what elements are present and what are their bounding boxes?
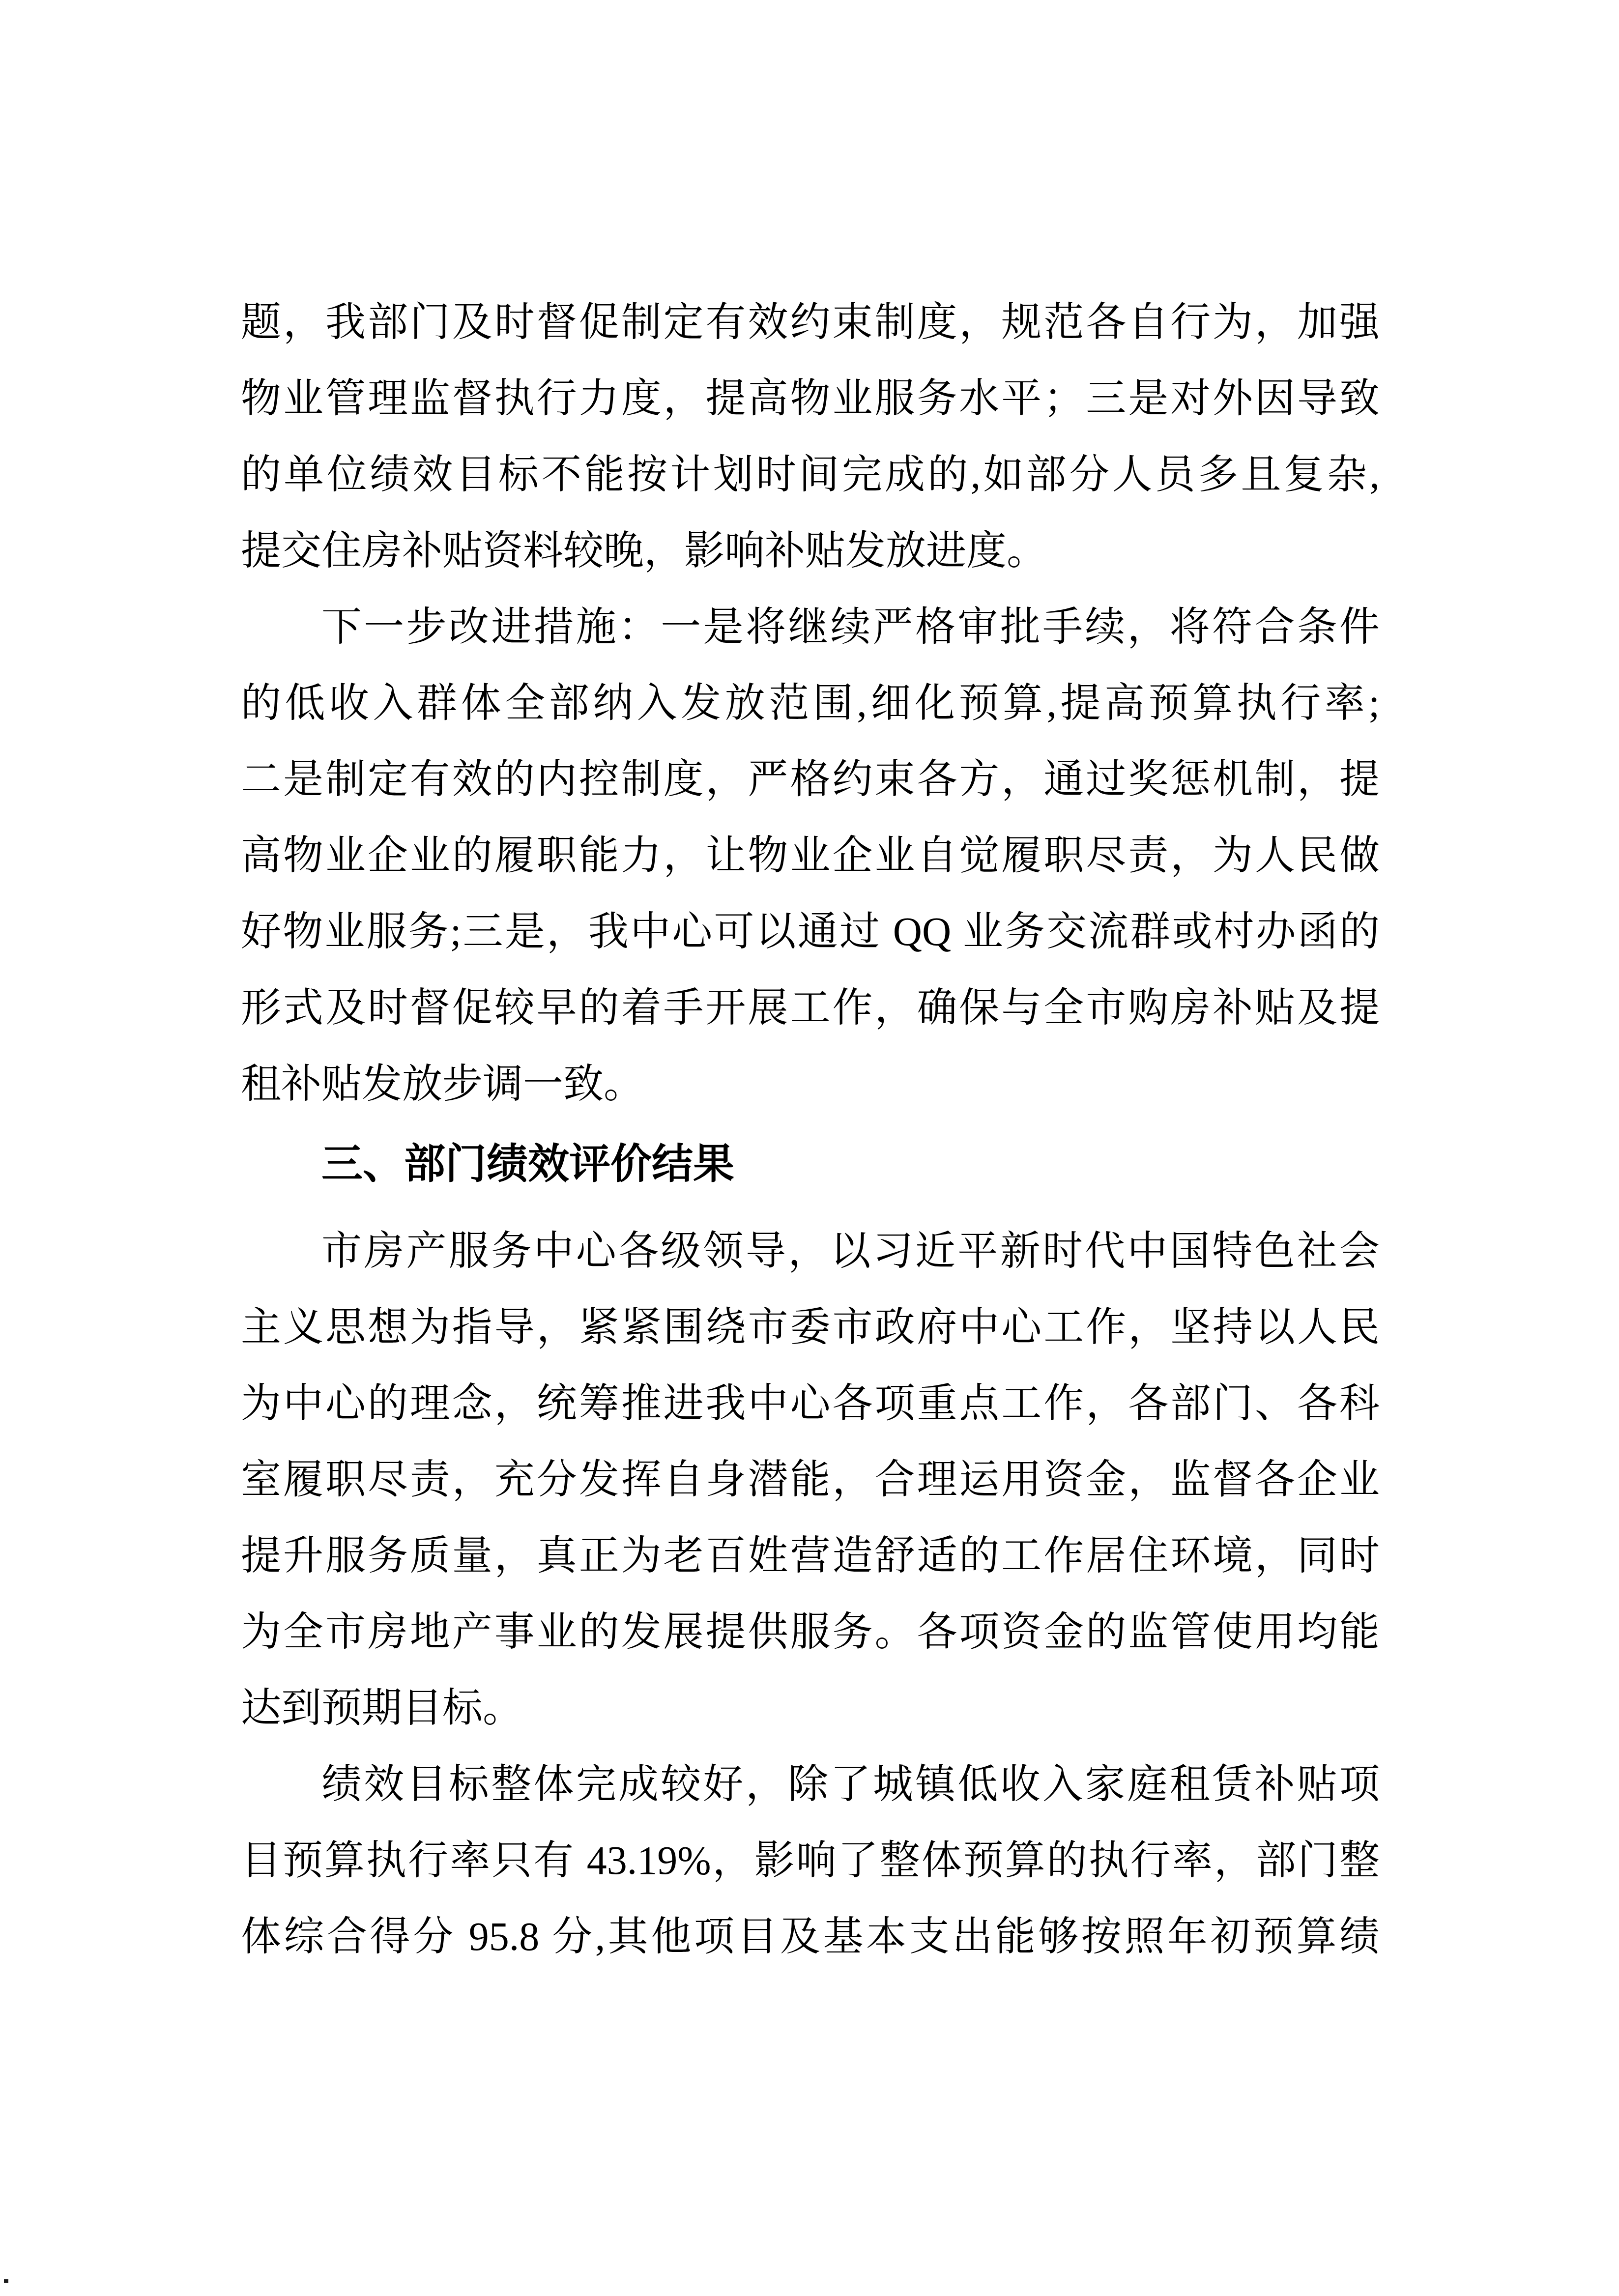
text-line: 市房产服务中心各级领导，以习近平新时代中国特色社会 (241, 1213, 1380, 1289)
paragraph: 绩效目标整体完成较好，除了城镇低收入家庭租赁补贴项 目预算执行率只有 43.19… (241, 1746, 1380, 1975)
text-line: 下一步改进措施：一是将继续严格审批手续，将符合条件 (241, 589, 1380, 665)
text-line: 主义思想为指导，紧紧围绕市委市政府中心工作，坚持以人民 (241, 1289, 1380, 1365)
text-line: 的单位绩效目标不能按计划时间完成的,如部分人员多且复杂, (241, 436, 1380, 513)
text-line: 体综合得分 95.8 分,其他项目及基本支出能够按照年初预算绩 (241, 1898, 1380, 1975)
text-line: 达到预期目标。 (241, 1670, 1380, 1746)
text-line: 二是制定有效的内控制度，严格约束各方，通过奖惩机制，提 (241, 741, 1380, 817)
text-line: 的低收入群体全部纳入发放范围,细化预算,提高预算执行率; (241, 665, 1380, 741)
text-line: 为全市房地产事业的发展提供服务。各项资金的监管使用均能 (241, 1594, 1380, 1670)
text-line: 形式及时督促较早的着手开展工作，确保与全市购房补贴及提 (241, 970, 1380, 1046)
section-heading: 三、部门绩效评价结果 (241, 1126, 1380, 1202)
paragraph: 题，我部门及时督促制定有效约束制度，规范各自行为，加强 物业管理监督执行力度，提… (241, 284, 1380, 589)
paragraph: 下一步改进措施：一是将继续严格审批手续，将符合条件 的低收入群体全部纳入发放范围… (241, 589, 1380, 1122)
text-line: 好物业服务;三是，我中心可以通过 QQ 业务交流群或村办函的 (241, 893, 1380, 970)
text-line: 租补贴发放步调一致。 (241, 1046, 1380, 1122)
text-line: 提升服务质量，真正为老百姓营造舒适的工作居住环境，同时 (241, 1518, 1380, 1594)
text-line: 室履职尽责，充分发挥自身潜能，合理运用资金，监督各企业 (241, 1441, 1380, 1518)
document-page: 题，我部门及时督促制定有效约束制度，规范各自行为，加强 物业管理监督执行力度，提… (0, 0, 1619, 2296)
scan-artifact-dot (4, 2279, 8, 2283)
text-line: 绩效目标整体完成较好，除了城镇低收入家庭租赁补贴项 (241, 1746, 1380, 1822)
text-line: 目预算执行率只有 43.19%，影响了整体预算的执行率，部门整 (241, 1822, 1380, 1898)
text-line: 物业管理监督执行力度，提高物业服务水平；三是对外因导致 (241, 360, 1380, 436)
text-line: 为中心的理念，统筹推进我中心各项重点工作，各部门、各科 (241, 1365, 1380, 1441)
text-line: 题，我部门及时督促制定有效约束制度，规范各自行为，加强 (241, 284, 1380, 360)
paragraph: 市房产服务中心各级领导，以习近平新时代中国特色社会 主义思想为指导，紧紧围绕市委… (241, 1213, 1380, 1746)
text-line: 高物业企业的履职能力，让物业企业自觉履职尽责，为人民做 (241, 817, 1380, 893)
text-line: 提交住房补贴资料较晚，影响补贴发放进度。 (241, 513, 1380, 589)
